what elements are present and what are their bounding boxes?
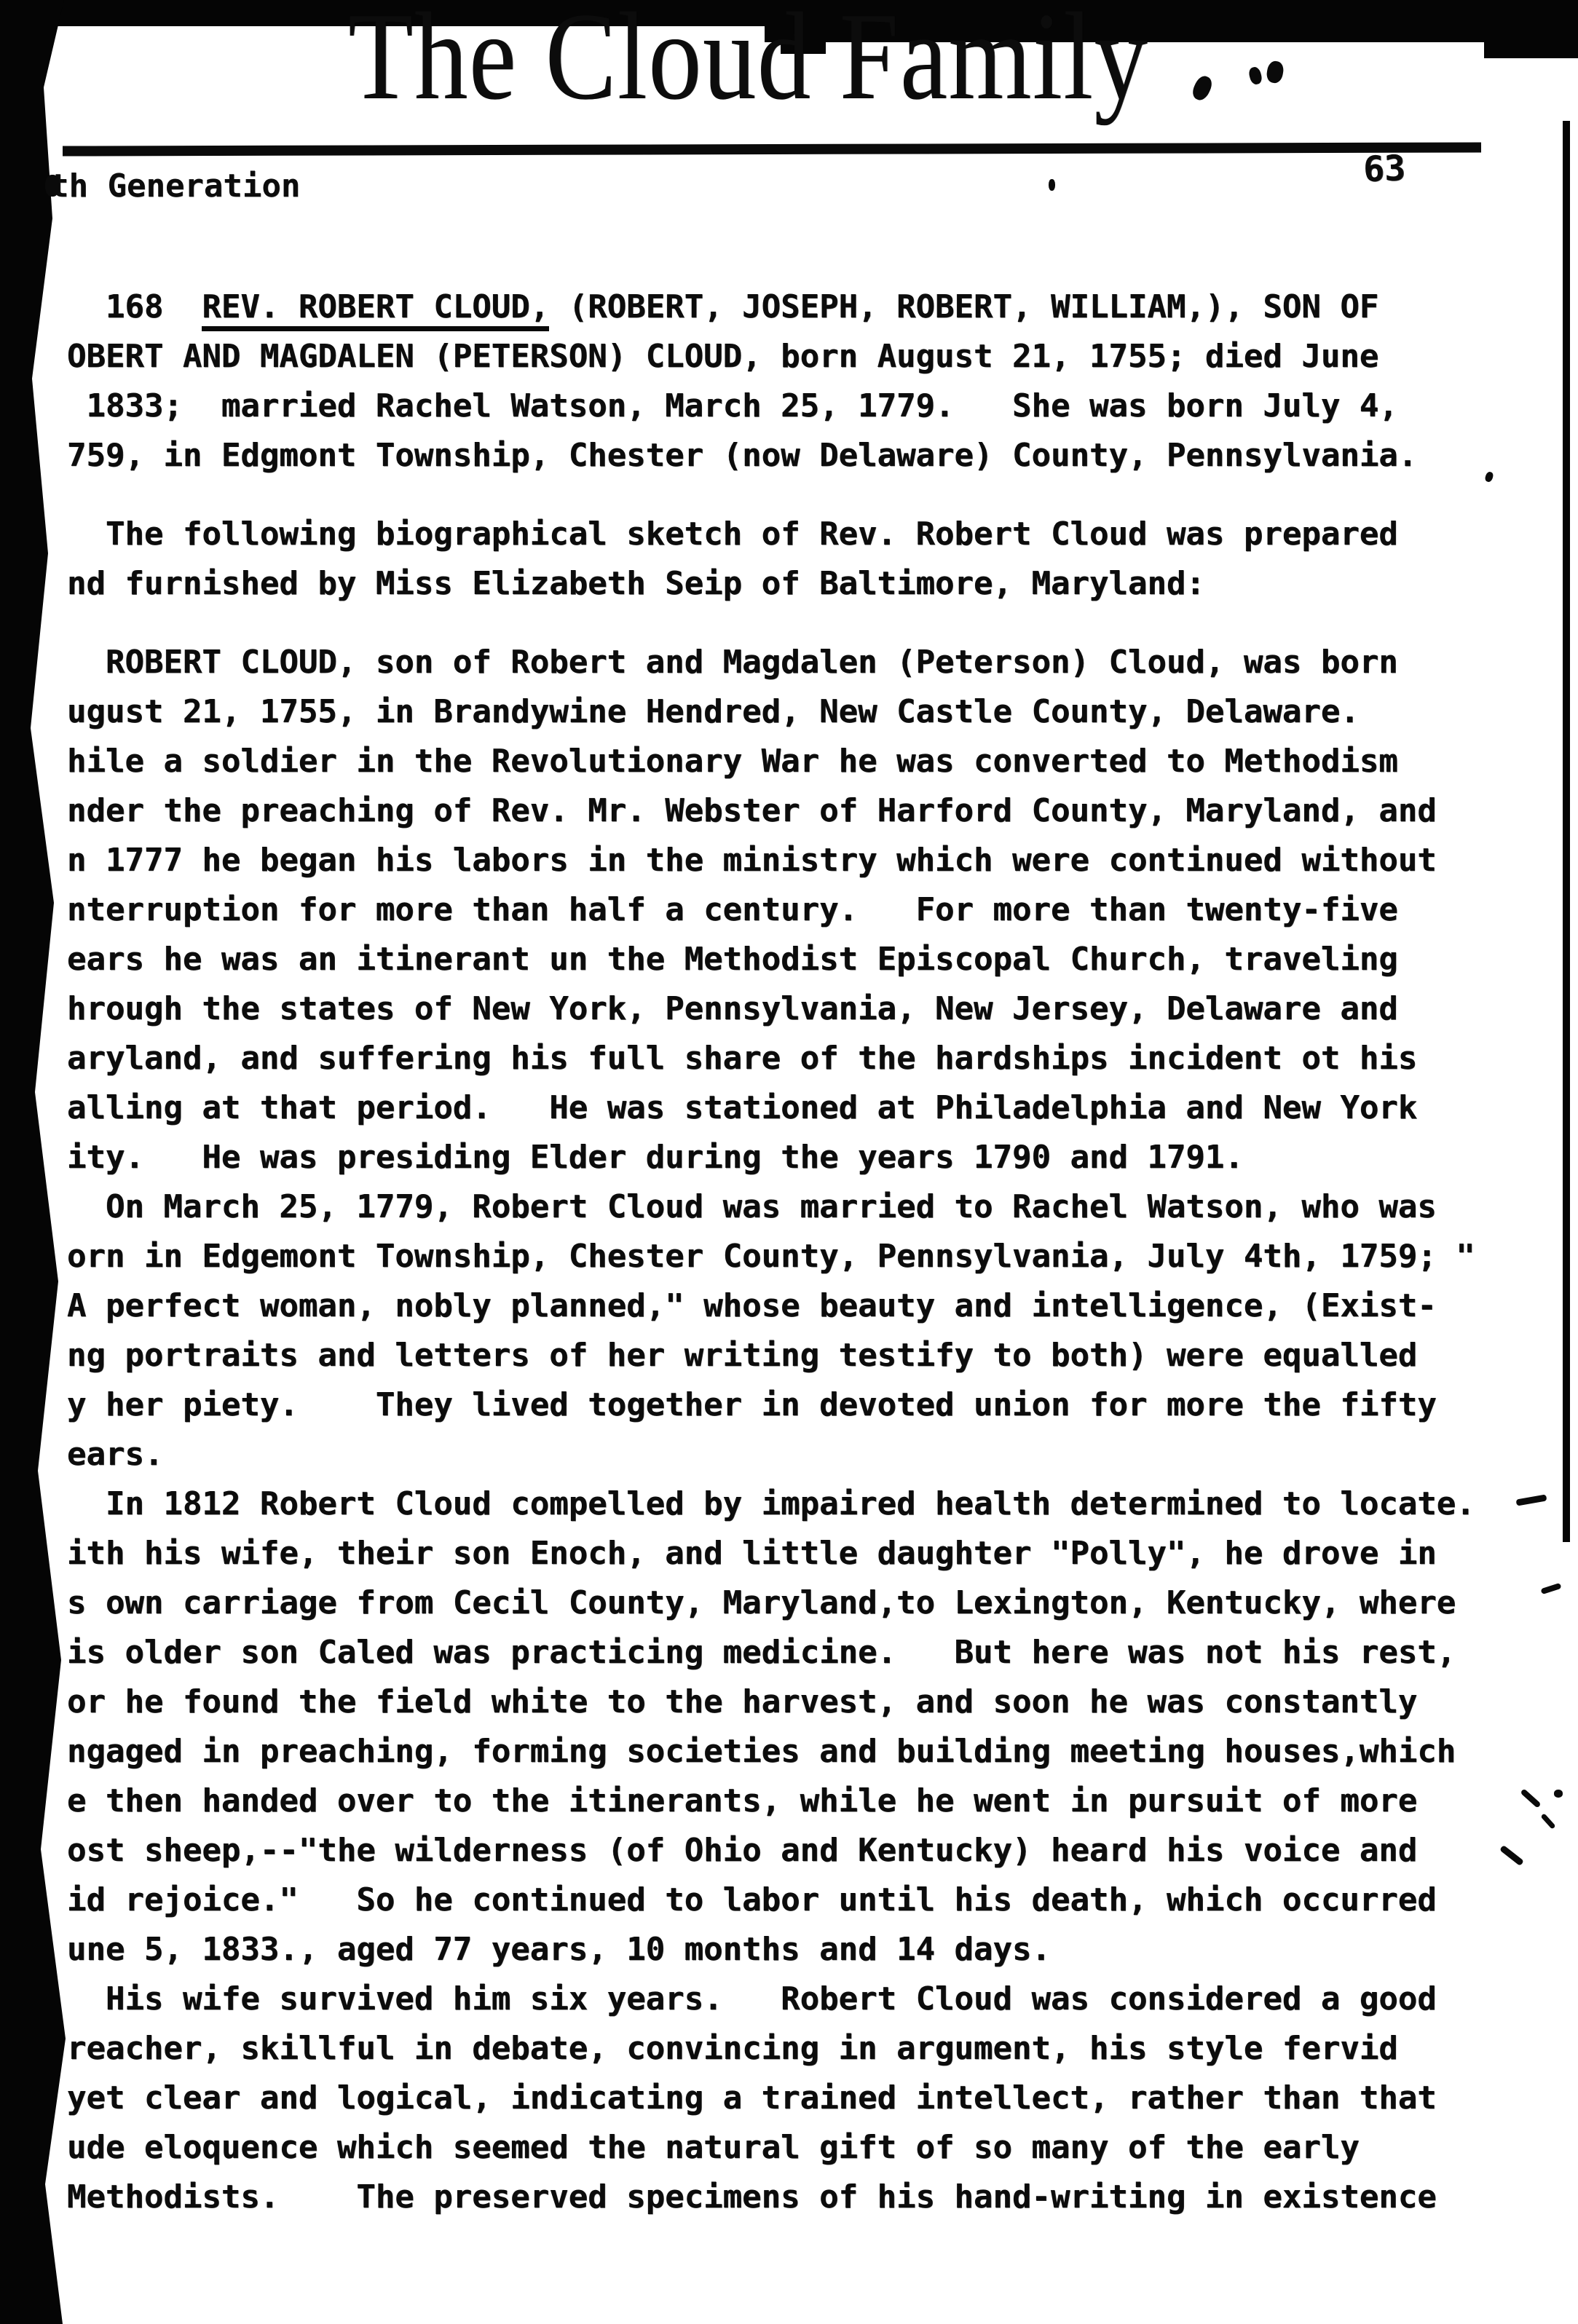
text-line: nterruption for more than half a century… xyxy=(67,885,1475,935)
paragraph: ROBERT CLOUD, son of Robert and Magdalen… xyxy=(67,638,1475,1182)
text-line: or he found the field white to the harve… xyxy=(67,1677,1475,1727)
text-line: une 5, 1833., aged 77 years, 10 months a… xyxy=(67,1925,1475,1975)
text-line: ude eloquence which seemed the natural g… xyxy=(67,2123,1475,2173)
scan-edge-top-corner xyxy=(1484,0,1578,58)
ink-smudge xyxy=(1266,60,1285,84)
text-line: s own carriage from Cecil County, Maryla… xyxy=(67,1578,1475,1628)
text-line: ROBERT CLOUD, son of Robert and Magdalen… xyxy=(67,638,1475,687)
text-line: yet clear and logical, indicating a trai… xyxy=(67,2074,1475,2123)
text-segment: (ROBERT, JOSEPH, ROBERT, WILLIAM,), SON … xyxy=(549,288,1378,325)
text-line: hile a soldier in the Revolutionary War … xyxy=(67,737,1475,786)
text-line: ugust 21, 1755, in Brandywine Hendred, N… xyxy=(67,687,1475,737)
text-line: The following biographical sketch of Rev… xyxy=(67,510,1475,559)
text-line: 759, in Edgmont Township, Chester (now D… xyxy=(67,431,1475,481)
ink-dash xyxy=(1520,1788,1541,1808)
text-line: 1833; married Rachel Watson, March 25, 1… xyxy=(67,382,1475,431)
ink-dash xyxy=(1540,1583,1561,1594)
ink-dash xyxy=(1516,1494,1547,1506)
text-line: y her piety. They lived together in devo… xyxy=(67,1380,1475,1430)
text-line: orn in Edgemont Township, Chester County… xyxy=(67,1232,1475,1281)
text-line: nd furnished by Miss Elizabeth Seip of B… xyxy=(67,559,1475,609)
text-line: ng portraits and letters of her writing … xyxy=(67,1331,1475,1380)
paragraph: The following biographical sketch of Rev… xyxy=(67,510,1475,609)
cut-letter-fragment xyxy=(45,175,60,197)
scan-edge-left xyxy=(0,0,73,2324)
text-line: aryland, and suffering his full share of… xyxy=(67,1034,1475,1083)
text-line: OBERT AND MAGDALEN (PETERSON) CLOUD, bor… xyxy=(67,332,1475,382)
text-line: id rejoice." So he continued to labor un… xyxy=(67,1876,1475,1925)
paragraph: On March 25, 1779, Robert Cloud was marr… xyxy=(67,1182,1475,1479)
text-line: hrough the states of New York, Pennsylva… xyxy=(67,984,1475,1034)
paragraph: 168 REV. ROBERT CLOUD, (ROBERT, JOSEPH, … xyxy=(67,282,1475,481)
text-line: A perfect woman, nobly planned," whose b… xyxy=(67,1281,1475,1331)
ink-speck xyxy=(1484,471,1494,483)
text-line: ears. xyxy=(67,1430,1475,1479)
ink-smudge xyxy=(1190,74,1215,103)
header-rule xyxy=(63,142,1481,156)
text-line: ith his wife, their son Enoch, and littl… xyxy=(67,1529,1475,1578)
text-line: ngaged in preaching, forming societies a… xyxy=(67,1727,1475,1776)
text-line: n 1777 he began his labors in the minist… xyxy=(67,836,1475,885)
document-page: The Cloud Family th Generation 63 168 RE… xyxy=(0,0,1578,2324)
paragraph: In 1812 Robert Cloud compelled by impair… xyxy=(67,1479,1475,1975)
page-number: 63 xyxy=(1362,148,1406,190)
text-line: 168 REV. ROBERT CLOUD, (ROBERT, JOSEPH, … xyxy=(67,282,1475,332)
ink-dash xyxy=(1540,1813,1555,1830)
text-line: alling at that period. He was stationed … xyxy=(67,1083,1475,1133)
text-line: nder the preaching of Rev. Mr. Webster o… xyxy=(67,786,1475,836)
text-line: ears he was an itinerant un the Methodis… xyxy=(67,935,1475,984)
text-segment: 168 xyxy=(67,288,202,325)
document-body: 168 REV. ROBERT CLOUD, (ROBERT, JOSEPH, … xyxy=(67,282,1475,2222)
generation-label: th Generation xyxy=(50,167,300,205)
ink-speck xyxy=(1049,179,1055,191)
text-line: is older son Caled was practicing medici… xyxy=(67,1628,1475,1677)
text-line: His wife survived him six years. Robert … xyxy=(67,1975,1475,2024)
text-line: ost sheep,--"the wilderness (of Ohio and… xyxy=(67,1826,1475,1876)
ink-smudge xyxy=(1247,66,1263,85)
text-line: On March 25, 1779, Robert Cloud was marr… xyxy=(67,1182,1475,1232)
ink-speck xyxy=(1554,1790,1563,1798)
text-line: reacher, skillful in debate, convincing … xyxy=(67,2024,1475,2074)
ink-dash xyxy=(1499,1845,1524,1866)
text-line: e then handed over to the itinerants, wh… xyxy=(67,1776,1475,1826)
scan-edge-right xyxy=(1563,121,1570,1542)
underlined-text: REV. ROBERT CLOUD, xyxy=(202,288,549,331)
text-line: ity. He was presiding Elder during the y… xyxy=(67,1133,1475,1182)
text-line: In 1812 Robert Cloud compelled by impair… xyxy=(67,1479,1475,1529)
text-line: Methodists. The preserved specimens of h… xyxy=(67,2173,1475,2222)
paragraph: His wife survived him six years. Robert … xyxy=(67,1975,1475,2222)
page-title: The Cloud Family xyxy=(348,0,1148,119)
